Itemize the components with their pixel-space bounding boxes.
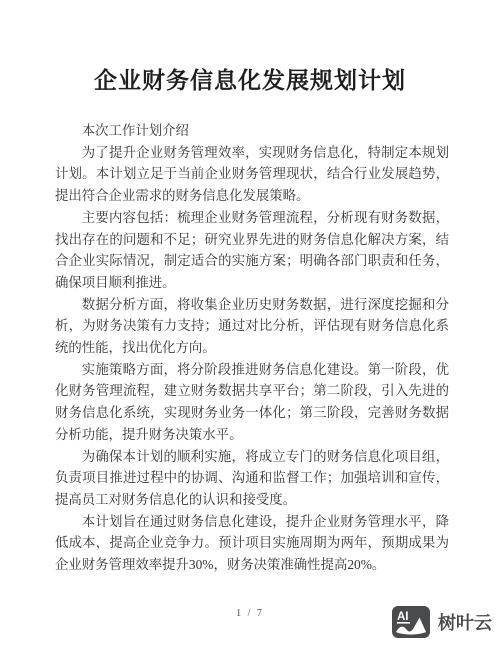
paragraph-main-content: 主要内容包括：梳理企业财务管理流程，分析现有财务数据，找出存在的问题和不足；研究… <box>55 207 449 294</box>
paragraph-implementation-strategy: 实施策略方面，将分阶段推进财务信息化建设。第一阶段，优化财务管理流程，建立财务数… <box>55 359 449 446</box>
ai-image-logo-icon: AI <box>391 605 431 639</box>
document-title: 企业财务信息化发展规划计划 <box>0 62 500 95</box>
svg-text:AI: AI <box>397 611 409 623</box>
document-body: 本次工作计划介绍 为了提升企业财务管理效率，实现财务信息化，特制定本规划计划。本… <box>55 120 449 576</box>
paragraph-safeguards: 为确保本计划的顺利实施，将成立专门的财务信息化项目组，负责项目推进过程中的协调、… <box>55 446 449 511</box>
paragraph-intro-heading: 本次工作计划介绍 <box>55 120 449 142</box>
paragraph-goals: 本计划旨在通过财务信息化建设，提升企业财务管理水平，降低成本，提高企业竞争力。预… <box>55 511 449 576</box>
watermark-brand-text: 树叶云 <box>438 609 492 635</box>
watermark-logo: AI 树叶云 <box>391 605 492 639</box>
paragraph-data-analysis: 数据分析方面，将收集企业历史财务数据，进行深度挖掘和分析，为财务决策有力支持；通… <box>55 294 449 359</box>
document-page: 企业财务信息化发展规划计划 本次工作计划介绍 为了提升企业财务管理效率，实现财务… <box>0 0 500 647</box>
paragraph-purpose: 为了提升企业财务管理效率，实现财务信息化，特制定本规划计划。本计划立足于当前企业… <box>55 142 449 207</box>
